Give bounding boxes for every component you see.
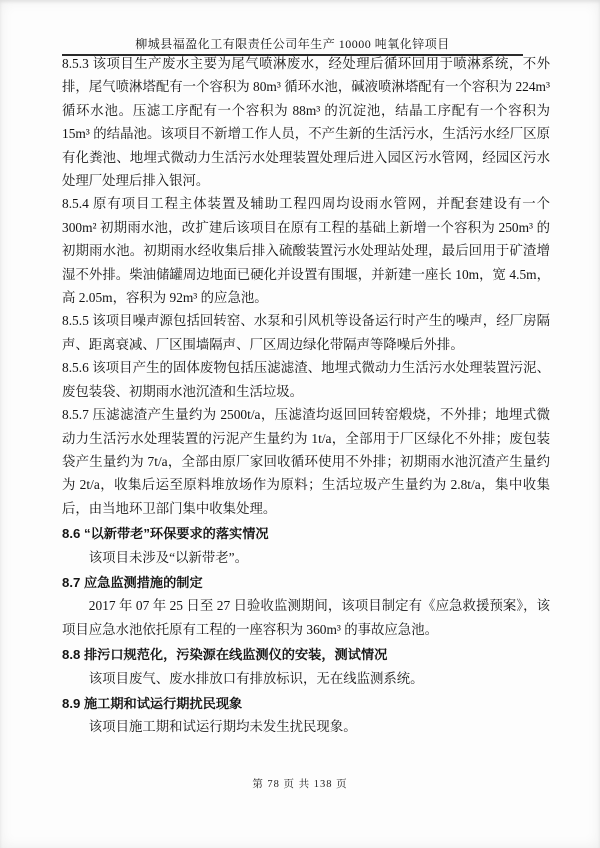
paragraph-8-5-4: 8.5.4 原有项目工程主体装置及辅助工程四周均设雨水管网，并配套建设有一个 3… (62, 192, 550, 309)
paragraph-8-6: 该项目未涉及“以新带老”。 (62, 546, 550, 569)
document-page: 柳城县福盈化工有限责任公司年生产 10000 吨氧化锌项目 8.5.3 该项目生… (0, 0, 600, 848)
heading-8-6: 8.6 “以新带老”环保要求的落实情况 (62, 522, 550, 545)
paragraph-8-7: 2017 年 07 年 25 日至 27 日验收监测期间，该项目制定有《应急救援… (62, 594, 550, 641)
paragraph-8-5-3: 8.5.3 该项目生产废水主要为尾气喷淋废水，经处理后循环回用于喷淋系统，不外排… (62, 52, 550, 192)
paragraph-8-8: 该项目废气、废水排放口有排放标识，无在线监测系统。 (62, 667, 550, 690)
heading-8-8: 8.8 排污口规范化，污染源在线监测仪的安装，测试情况 (62, 643, 550, 666)
page-footer: 第 78 页 共 138 页 (0, 776, 600, 791)
paragraph-8-5-7: 8.5.7 压滤滤渣产生量约为 2500t/a，压滤渣均返回回转窑煅烧，不外排；… (62, 403, 550, 520)
paragraph-8-9: 该项目施工期和试运行期均未发生扰民现象。 (62, 715, 550, 738)
paragraph-8-5-6: 8.5.6 该项目产生的固体废物包括压滤滤渣、地埋式微动力生活污水处理装置污泥、… (62, 356, 550, 403)
heading-8-7: 8.7 应急监测措施的制定 (62, 571, 550, 594)
document-body: 8.5.3 该项目生产废水主要为尾气喷淋废水，经处理后循环回用于喷淋系统，不外排… (62, 52, 550, 739)
paragraph-8-5-5: 8.5.5 该项目噪声源包括回转窑、水泵和引风机等设备运行时产生的噪声，经厂房隔… (62, 309, 550, 356)
heading-8-9: 8.9 施工期和试运行期扰民现象 (62, 692, 550, 715)
page-number: 第 78 页 共 138 页 (252, 779, 347, 790)
header-title: 柳城县福盈化工有限责任公司年生产 10000 吨氧化锌项目 (135, 37, 450, 51)
